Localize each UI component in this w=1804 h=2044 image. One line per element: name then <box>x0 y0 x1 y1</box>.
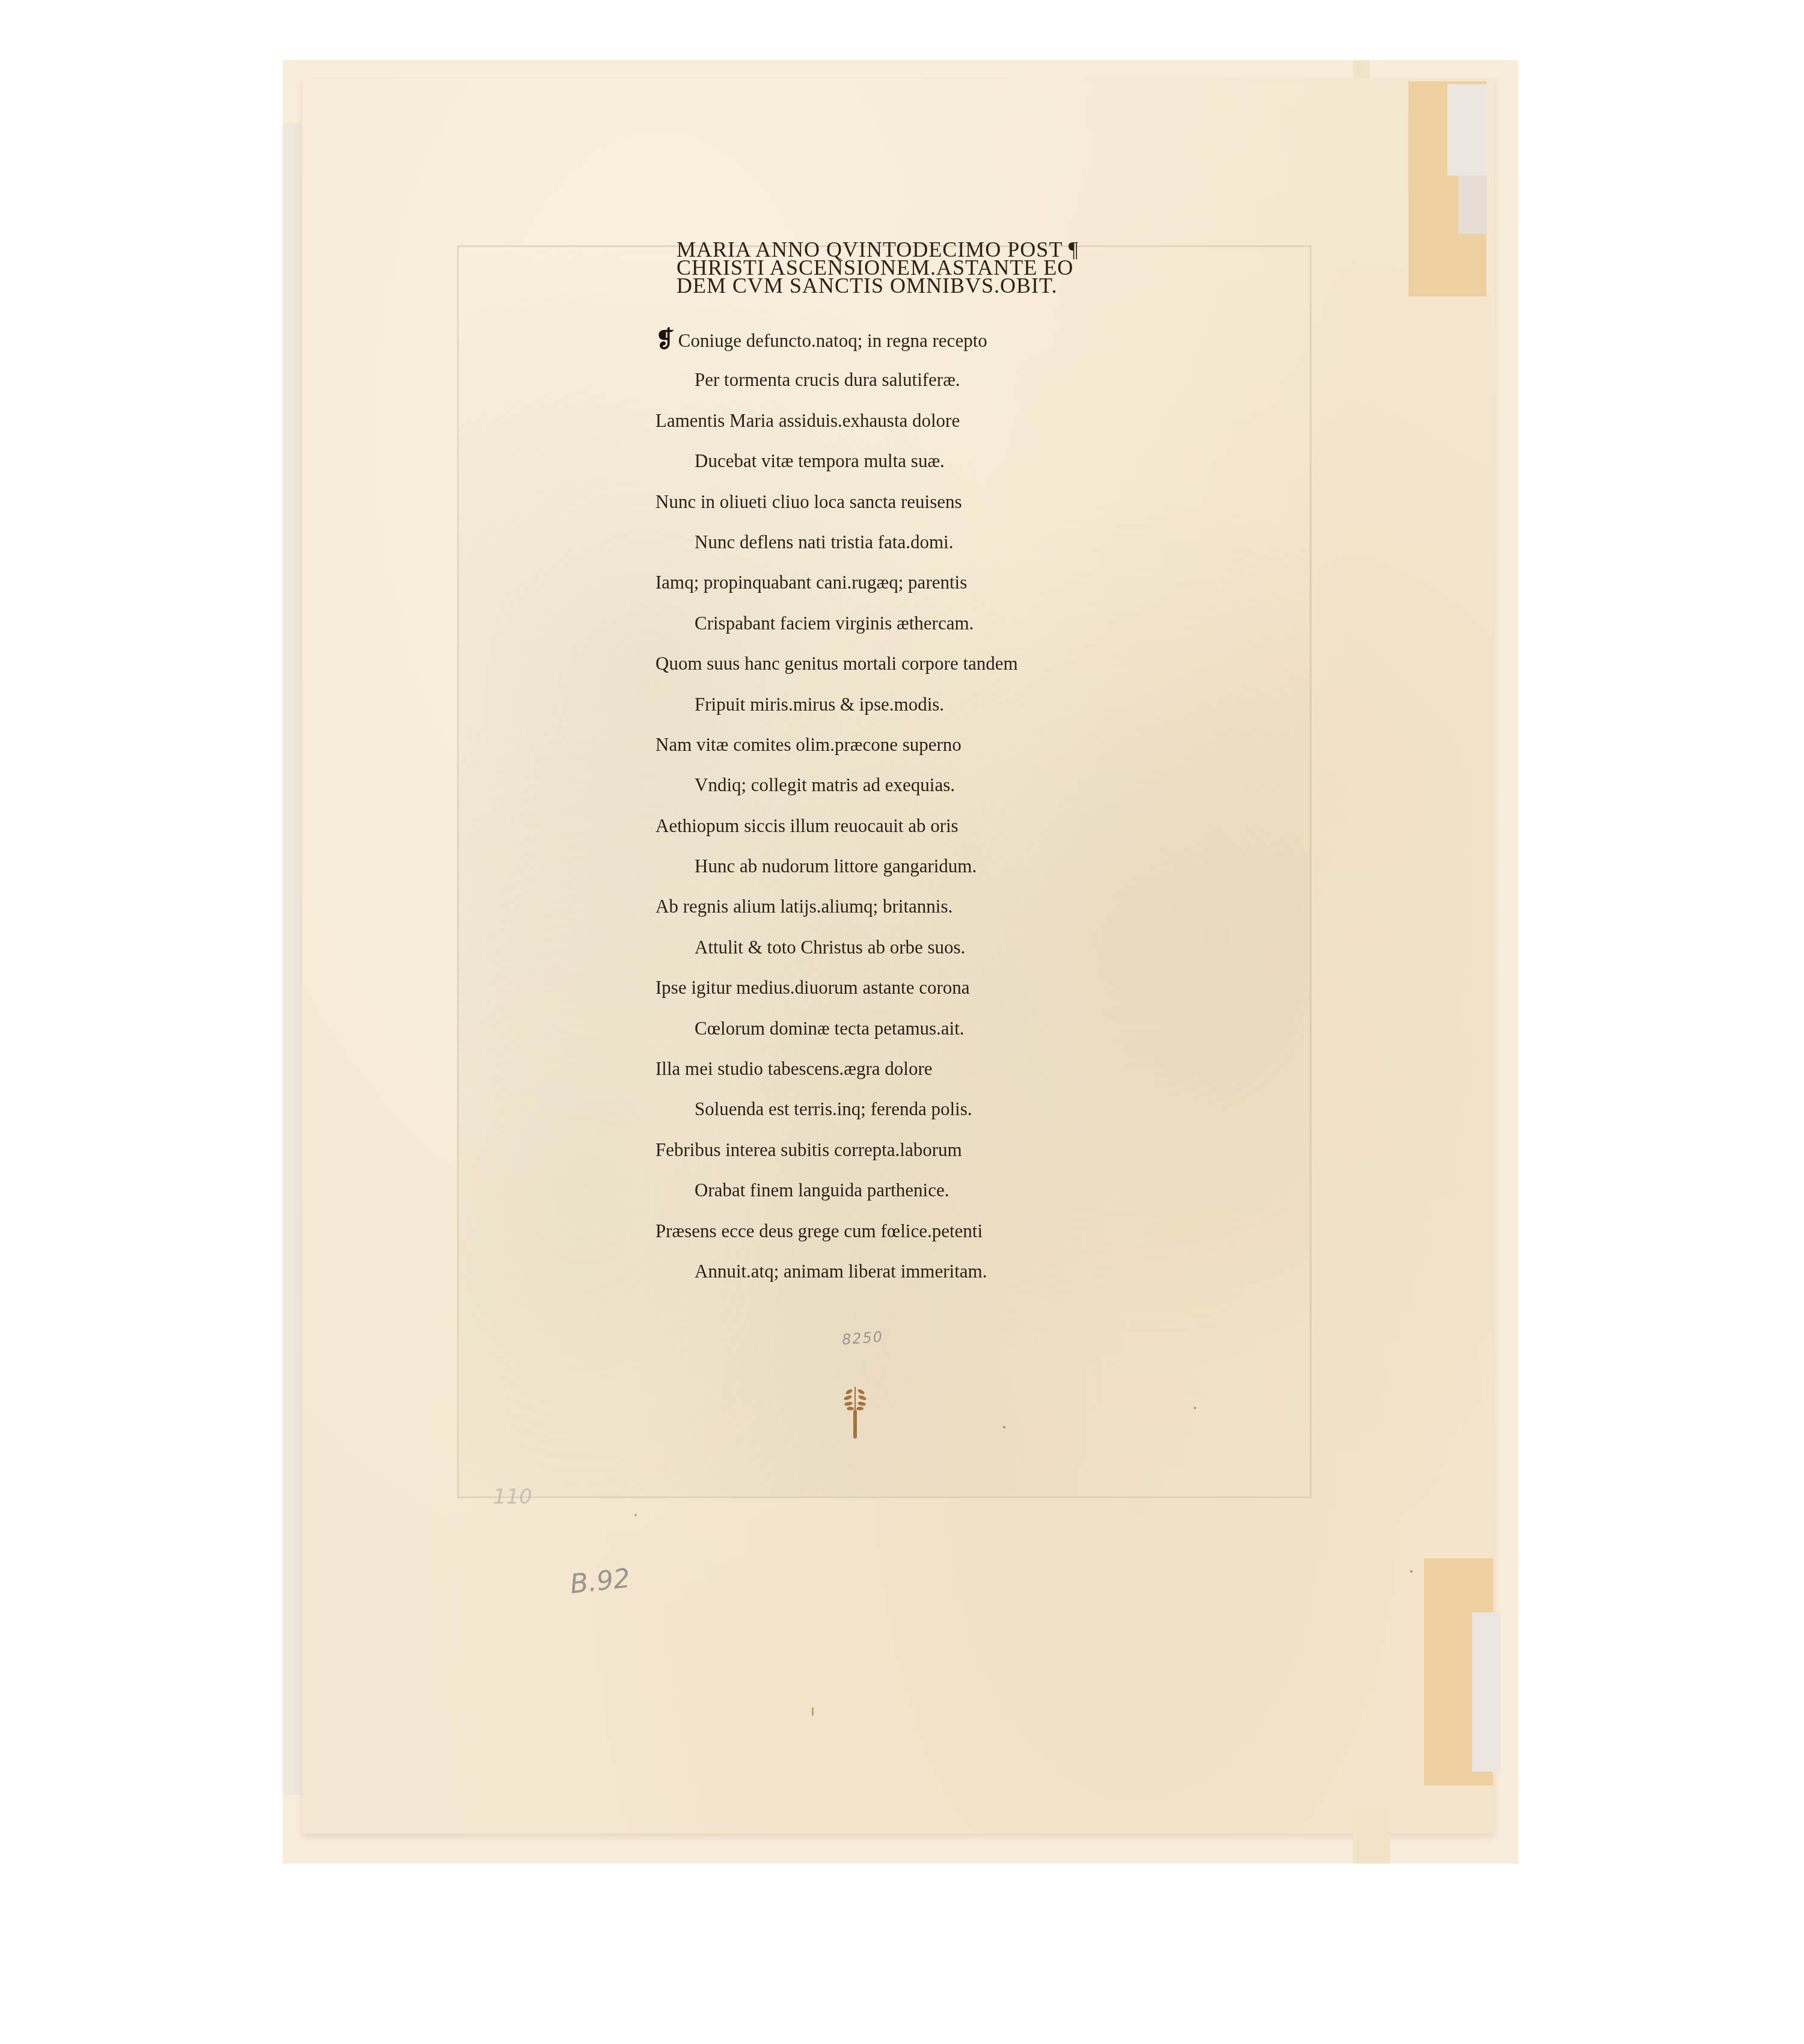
verse-line: Soluenda est terris.inq; ferenda polis. <box>655 1094 1112 1134</box>
verse-line: ❡Coniuge defuncto.natoq; in regna recept… <box>655 325 1112 365</box>
verse-line: Crispabant faciem virginis æthercam. <box>655 608 1112 649</box>
hinge-tape-bottom <box>1472 1612 1501 1772</box>
verse-line: Per tormenta crucis dura salutiferæ. <box>655 365 1112 405</box>
verse-line: Illa mei studio tabescens.ægra dolore <box>655 1054 1112 1094</box>
mounting-tape-top-left <box>1353 60 1370 78</box>
verse-line: Attulit & toto Christus ab orbe suos. <box>655 932 1112 973</box>
foxing-spot <box>812 1707 814 1716</box>
pencil-inventory-number: 8250 <box>841 1329 884 1348</box>
foxing-spot <box>1194 1407 1196 1409</box>
verse-line: Ducebat vitæ tempora multa suæ. <box>655 446 1112 486</box>
hinge-tape-top-lower <box>1458 176 1487 234</box>
paragraph-mark-icon: ❡ <box>655 325 675 355</box>
verse-line: Nunc in oliueti cliuo loca sancta reuise… <box>655 487 1112 527</box>
verse-line: Lamentis Maria assiduis.exhausta dolore <box>655 406 1112 446</box>
verse-line: Præsens ecce deus grege cum fœlice.peten… <box>655 1216 1112 1256</box>
verse-line: Febribus interea subitis correpta.laboru… <box>655 1135 1112 1175</box>
mat-left-strip <box>283 123 302 1795</box>
pencil-mark-faint: 110 <box>493 1485 532 1509</box>
foxing-spot <box>1003 1426 1005 1428</box>
mounting-tape-corner <box>1353 1810 1390 1864</box>
foxing-spot <box>634 1514 637 1516</box>
verse-text: Coniuge defuncto.natoq; in regna recepto <box>678 330 987 351</box>
verse-line: Aethiopum siccis illum reuocauit ab oris <box>655 811 1112 851</box>
hinge-tape-top <box>1447 84 1486 176</box>
pencil-catalogue-reference: B.92 <box>569 1563 632 1600</box>
verse-line: Quom suus hanc genitus mortali corpore t… <box>655 649 1112 689</box>
collector-stamp-icon <box>843 1386 867 1440</box>
verse-line: Fripuit miris.mirus & ipse.modis. <box>655 690 1112 730</box>
verse-line: Hunc ab nudorum littore gangaridum. <box>655 851 1112 892</box>
heading: MARIA ANNO QVINTODECIMO POST ¶ CHRISTI A… <box>677 240 1109 295</box>
verse-line: Nam vitæ comites olim.præcone superno <box>655 730 1112 770</box>
verse-line: Annuit.atq; animam liberat immeritam. <box>655 1256 1112 1297</box>
verse-line: Cœlorum dominæ tecta petamus.ait. <box>655 1014 1112 1054</box>
verse-block: ❡Coniuge defuncto.natoq; in regna recept… <box>655 325 1112 1297</box>
verse-line: Iamq; propinquabant cani.rugæq; parentis <box>655 568 1112 608</box>
verse-line: Nunc deflens nati tristia fata.domi. <box>655 527 1112 568</box>
verse-line: Ab regnis alium latijs.aliumq; britannis… <box>655 892 1112 932</box>
heading-line-3: DEM CVM SANCTIS OMNIBVS.OBIT. <box>677 277 1109 295</box>
verse-line: Ipse igitur medius.diuorum astante coron… <box>655 973 1112 1013</box>
verse-line: Orabat finem languida parthenice. <box>655 1175 1112 1216</box>
verse-line: Vndiq; collegit matris ad exequias. <box>655 770 1112 810</box>
foxing-spot <box>1410 1570 1413 1573</box>
